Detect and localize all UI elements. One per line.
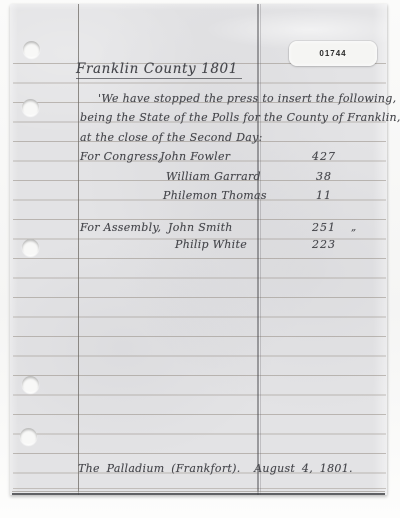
vote-count: 251 xyxy=(294,220,354,236)
vote-count: 38 xyxy=(294,169,354,185)
archive-label-sticker: 01744 xyxy=(289,41,377,66)
punch-hole xyxy=(20,428,37,445)
assembly-row: Philip White 223 xyxy=(10,237,387,255)
page-title: Franklin County 1801 xyxy=(76,60,242,79)
punch-hole xyxy=(22,99,39,116)
congress-row: For Congress, John Fowler 427 xyxy=(10,149,387,167)
vote-count: 223 xyxy=(294,237,354,253)
ditto-mark: „ xyxy=(351,220,356,236)
congress-row: William Garrard 38 xyxy=(10,169,387,187)
source-citation: The Palladium (Frankfort). August 4, 180… xyxy=(78,461,353,477)
scanned-document: 01744 Franklin County 1801 'We have stop… xyxy=(0,0,400,518)
paragraph-line: 'We have stopped the press to insert the… xyxy=(98,91,396,107)
congress-row: Philemon Thomas 11 xyxy=(10,188,387,206)
page-bottom-edge xyxy=(12,491,385,495)
notebook-page: 01744 Franklin County 1801 'We have stop… xyxy=(10,4,387,495)
ruled-line-bottom xyxy=(13,488,386,489)
paragraph-line: being the State of the Polls for the Cou… xyxy=(80,110,400,126)
assembly-heading: For Assembly, xyxy=(80,220,161,236)
congress-heading: For Congress, xyxy=(80,149,162,165)
punch-hole xyxy=(22,376,39,393)
candidate-name: Philemon Thomas xyxy=(163,188,267,204)
candidate-name: John Smith xyxy=(168,220,233,236)
candidate-name: William Garrard xyxy=(166,169,261,185)
archive-label-number: 01744 xyxy=(319,49,346,58)
candidate-name: John Fowler xyxy=(160,149,230,165)
candidate-name: Philip White xyxy=(175,237,247,253)
assembly-row: For Assembly, John Smith 251 „ xyxy=(10,220,387,238)
vote-count: 11 xyxy=(294,188,354,204)
paragraph-line: at the close of the Second Day: xyxy=(80,130,263,146)
vote-count: 427 xyxy=(294,149,354,165)
punch-hole xyxy=(23,41,40,58)
